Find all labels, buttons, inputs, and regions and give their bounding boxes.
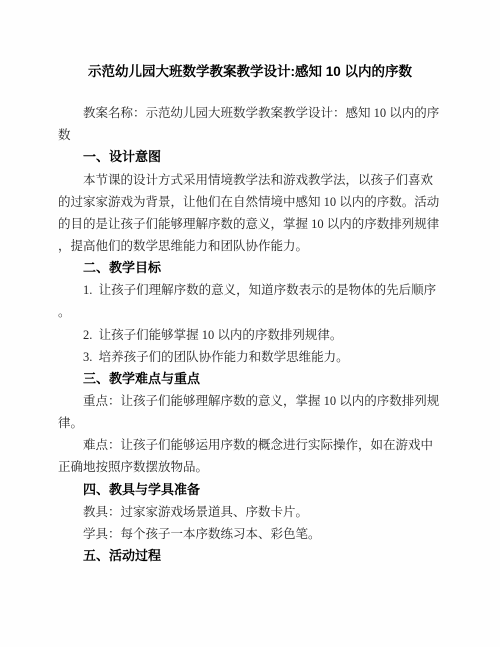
text-line: 3. 培养孩子们的团队协作能力和数学思维能力。 — [58, 346, 425, 368]
document-title: 示范幼儿园大班数学教案教学设计:感知 10 以内的序数 — [0, 61, 500, 83]
text-line: 教具：过家家游戏场景道具、序数卡片。 — [58, 501, 425, 523]
text-line: 难点：让孩子们能够运用序数的概念进行实际操作，如在游戏中 — [58, 434, 425, 456]
text-line: 重点：让孩子们能够理解序数的意义，掌握 10 以内的序数排列规 — [58, 390, 425, 412]
text-line: 数 — [58, 124, 425, 146]
document-page: 示范幼儿园大班数学教案教学设计:感知 10 以内的序数 教案名称：示范幼儿园大班… — [0, 0, 500, 647]
text-line: 的过家家游戏为背景，让他们在自然情境中感知 10 以内的序数。活动 — [58, 191, 425, 213]
text-line: ，提高他们的数学思维能力和团队协作能力。 — [58, 235, 425, 257]
text-line: 正确地按照序数摆放物品。 — [58, 456, 425, 478]
document-body: 教案名称：示范幼儿园大班数学教案教学设计：感知 10 以内的序数一、设计意图本节… — [58, 102, 425, 567]
text-line: 教案名称：示范幼儿园大班数学教案教学设计：感知 10 以内的序 — [58, 102, 425, 124]
text-line: 。 — [58, 301, 425, 323]
heading-line: 一、设计意图 — [58, 146, 425, 168]
text-line: 学具：每个孩子一本序数练习本、彩色笔。 — [58, 523, 425, 545]
text-line: 2. 让孩子们能够掌握 10 以内的序数排列规律。 — [58, 324, 425, 346]
text-line: 1. 让孩子们理解序数的意义，知道序数表示的是物体的先后顺序 — [58, 279, 425, 301]
heading-line: 二、教学目标 — [58, 257, 425, 279]
text-line: 律。 — [58, 412, 425, 434]
heading-line: 五、活动过程 — [58, 545, 425, 567]
heading-line: 三、教学难点与重点 — [58, 368, 425, 390]
text-line: 本节课的设计方式采用情境教学法和游戏教学法，以孩子们喜欢 — [58, 169, 425, 191]
heading-line: 四、教具与学具准备 — [58, 479, 425, 501]
text-line: 的目的是让孩子们能够理解序数的意义，掌握 10 以内的序数排列规律 — [58, 213, 425, 235]
